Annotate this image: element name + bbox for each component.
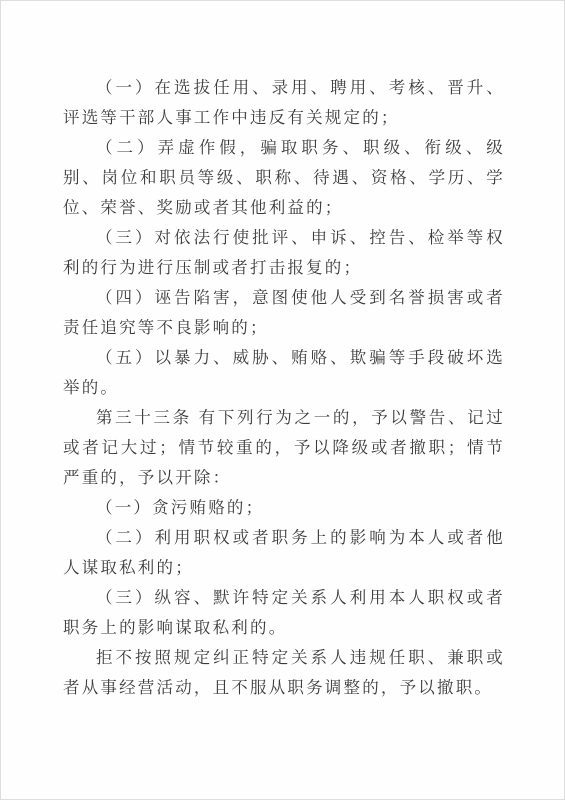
article-33-clause-1: （一）贪污贿赂的； xyxy=(63,493,505,523)
document-text-block: （一）在选拔任用、录用、聘用、考核、晋升、评选等干部人事工作中违反有关规定的； … xyxy=(63,73,505,703)
clause-paragraph-5: （五）以暴力、威胁、贿赂、欺骗等手段破坏选举的。 xyxy=(63,343,505,403)
article-33-clause-2: （二）利用职权或者职务上的影响为本人或者他人谋取私利的； xyxy=(63,523,505,583)
clause-paragraph-1: （一）在选拔任用、录用、聘用、考核、晋升、评选等干部人事工作中违反有关规定的； xyxy=(63,73,505,133)
clause-paragraph-4: （四）诬告陷害，意图使他人受到名誉损害或者责任追究等不良影响的； xyxy=(63,283,505,343)
article-33-clause-3: （三）纵容、默许特定关系人利用本人职权或者职务上的影响谋取私利的。 xyxy=(63,583,505,643)
clause-paragraph-3: （三）对依法行使批评、申诉、控告、检举等权利的行为进行压制或者打击报复的； xyxy=(63,223,505,283)
document-page: （一）在选拔任用、录用、聘用、考核、晋升、评选等干部人事工作中违反有关规定的； … xyxy=(0,0,565,800)
clause-paragraph-2: （二）弄虚作假，骗取职务、职级、衔级、级别、岗位和职员等级、职称、待遇、资格、学… xyxy=(63,133,505,223)
closing-paragraph: 拒不按照规定纠正特定关系人违规任职、兼职或者从事经营活动，且不服从职务调整的，予… xyxy=(63,643,505,703)
article-33-paragraph: 第三十三条 有下列行为之一的，予以警告、记过或者记大过；情节较重的，予以降级或者… xyxy=(63,403,505,493)
